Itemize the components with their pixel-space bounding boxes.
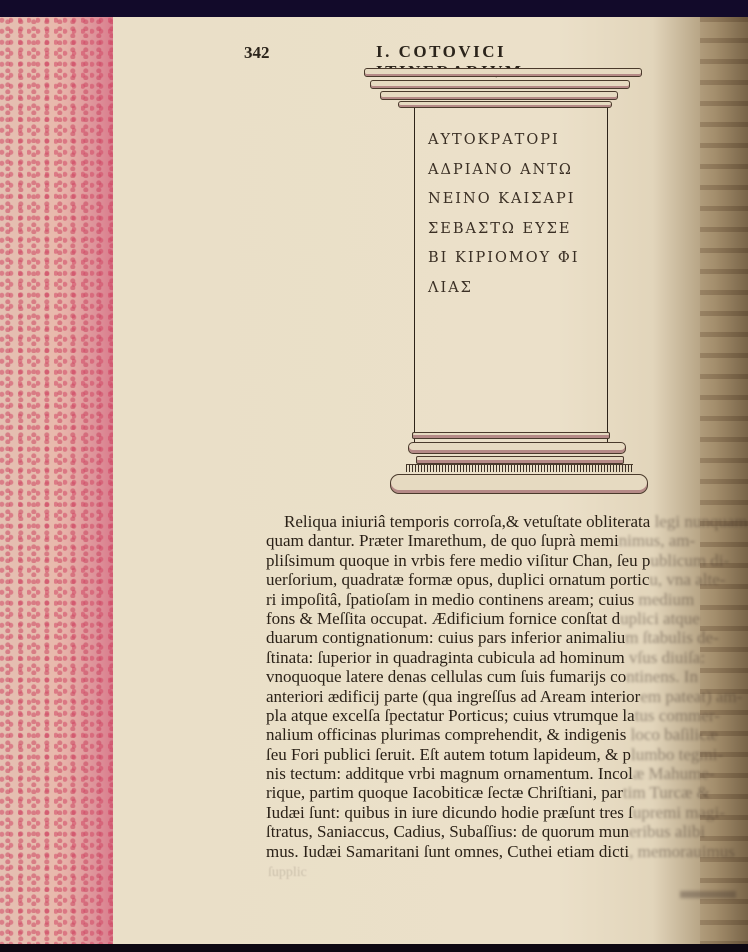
page-header: 342 I. COTOVICI ITINERARIVM xyxy=(244,40,644,64)
text-line: ſeu Fori publici ſeruit. Eſt autem totum… xyxy=(266,745,736,764)
text-line: nalium officinas plurimas comprehendit, … xyxy=(266,725,736,744)
blurred-line-tail xyxy=(680,891,736,898)
cornice-top xyxy=(364,68,642,77)
text-line: quam dantur. Præter Imarethum, de quo ſu… xyxy=(266,531,736,550)
left-page-stack-edge xyxy=(0,17,116,946)
text-line: pla atque excelſa ſpectatur Porticus; cu… xyxy=(266,706,736,725)
inscription-line: ΣΕΒΑΣΤΩ ΕΥΣΕ xyxy=(428,215,598,245)
base-plinth-top xyxy=(412,432,610,439)
text-line: fons & Meſſita occupat. Ædificium fornic… xyxy=(266,609,736,628)
body-text: Reliqua iniuriâ temporis corroſa,& vetuſ… xyxy=(266,512,736,861)
text-line: duarum contignationum: cuius pars inferi… xyxy=(266,628,736,647)
cornice-bottom xyxy=(398,101,612,108)
inscription-line: ΛΙΑΣ xyxy=(428,274,598,304)
text-line: Reliqua iniuriâ temporis corroſa,& vetuſ… xyxy=(266,512,736,531)
text-line: anteriori ædificij parte (qua ingreſſus … xyxy=(266,687,736,706)
base-torus xyxy=(408,442,626,454)
text-line: ſtinata: ſuperior in quadraginta cubicul… xyxy=(266,648,736,667)
base-lower-torus xyxy=(390,474,648,494)
text-line: Iudæi ſunt: quibus in iure dicundo hodie… xyxy=(266,803,736,822)
cornice-lower xyxy=(380,91,618,100)
pedestal-illustration: ΑΥΤΟΚΡΑΤΟΡΙ ΑΔΡΙΑΝΟ ΑΝΤΩ ΝΕΙΝΟ ΚΑΙΣΑΡΙ Σ… xyxy=(360,64,650,504)
scan-top-border xyxy=(0,0,748,18)
base-dentil-band xyxy=(406,464,633,472)
inscription-line: ΒΙ ΚΙΡΙΟΜΟΥ ΦΙ xyxy=(428,244,598,274)
cornice-middle xyxy=(370,80,630,89)
text-line: pliſsimum quoque in vrbis fere medio viſ… xyxy=(266,551,736,570)
text-line: mus. Iudæi Samaritani ſunt omnes, Cuthei… xyxy=(266,842,736,861)
page-number: 342 xyxy=(244,43,270,63)
inscription-line: ΑΥΤΟΚΡΑΤΟΡΙ xyxy=(428,126,598,156)
text-line: vnoquoque latere denas cellulas cum ſuis… xyxy=(266,667,736,686)
greek-inscription: ΑΥΤΟΚΡΑΤΟΡΙ ΑΔΡΙΑΝΟ ΑΝΤΩ ΝΕΙΝΟ ΚΑΙΣΑΡΙ Σ… xyxy=(428,126,598,303)
text-line: ſtratus, Saniaccus, Cadius, Subaſſius: d… xyxy=(266,822,736,841)
text-line: ri impoſitâ, ſpatioſam in medio continen… xyxy=(266,590,736,609)
text-line: uerſorium, quadratæ formæ opus, duplici … xyxy=(266,570,736,589)
show-through-catchword: ſupplic xyxy=(268,865,307,881)
text-line: rique, partim quoque Iacobiticæ ſectæ Ch… xyxy=(266,783,736,802)
scan-bottom-border xyxy=(0,944,748,952)
text-line: nis tectum: additque vrbi magnum ornamen… xyxy=(266,764,736,783)
inscription-line: ΝΕΙΝΟ ΚΑΙΣΑΡΙ xyxy=(428,185,598,215)
inscription-line: ΑΔΡΙΑΝΟ ΑΝΤΩ xyxy=(428,156,598,186)
base-fillet xyxy=(416,456,624,464)
